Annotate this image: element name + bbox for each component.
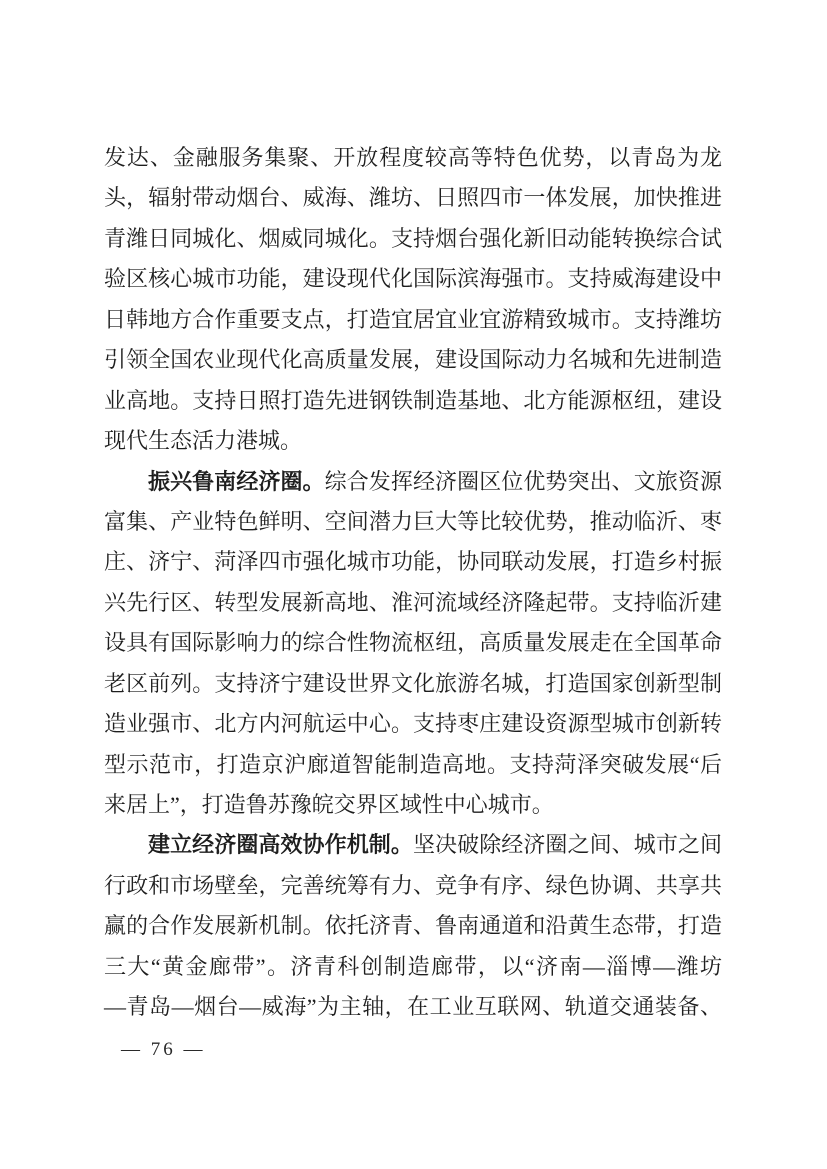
line-text: 日韩地方合作重要支点，打造宜居宜业宜游精致城市。支持潍坊 bbox=[104, 307, 722, 332]
line-text: 业高地。支持日照打造先进钢铁制造基地、北方能源枢纽，建设 bbox=[104, 388, 722, 413]
text-line: 振兴鲁南经济圈。综合发挥经济圈区位优势突出、文旅资源 bbox=[104, 462, 722, 502]
line-text: 设具有国际影响力的综合性物流枢纽，高质量发展走在全国革命 bbox=[104, 630, 722, 655]
text-line: 建立经济圈高效协作机制。坚决破除经济圈之间、城市之间 bbox=[104, 825, 722, 865]
paragraph-1: 发达、金融服务集聚、开放程度较高等特色优势，以青岛为龙 头，辐射带动烟台、威海、… bbox=[104, 138, 722, 462]
text-line: 型示范市，打造京沪廊道智能制造高地。支持菏泽突破发展“后 bbox=[104, 745, 722, 785]
paragraph-lead-bold: 振兴鲁南经济圈。 bbox=[148, 469, 325, 494]
line-text: 三大“黄金廊带”。济青科创制造廊带，以“济南—淄博—潍坊 bbox=[104, 954, 722, 979]
paragraph-lead-bold: 建立经济圈高效协作机制。 bbox=[148, 832, 413, 857]
line-text: 庄、济宁、菏泽四市强化城市功能，协同联动发展，打造乡村振 bbox=[104, 549, 722, 574]
line-text: 发达、金融服务集聚、开放程度较高等特色优势，以青岛为龙 bbox=[104, 145, 722, 170]
text-line: 青潍日同城化、烟威同城化。支持烟台强化新旧动能转换综合试 bbox=[104, 219, 722, 259]
line-text: 来居上”，打造鲁苏豫皖交界区域性中心城市。 bbox=[104, 792, 554, 817]
page-number: — 76 — bbox=[121, 1038, 206, 1062]
document-page: 发达、金融服务集聚、开放程度较高等特色优势，以青岛为龙 头，辐射带动烟台、威海、… bbox=[0, 0, 827, 1169]
text-line: 三大“黄金廊带”。济青科创制造廊带，以“济南—淄博—潍坊 bbox=[104, 947, 722, 987]
text-line: 头，辐射带动烟台、威海、潍坊、日照四市一体发展，加快推进 bbox=[104, 178, 722, 218]
text-line: 设具有国际影响力的综合性物流枢纽，高质量发展走在全国革命 bbox=[104, 623, 722, 663]
text-line: 庄、济宁、菏泽四市强化城市功能，协同联动发展，打造乡村振 bbox=[104, 542, 722, 582]
text-line: 赢的合作发展新机制。依托济青、鲁南通道和沿黄生态带，打造 bbox=[104, 906, 722, 946]
text-line: 富集、产业特色鲜明、空间潜力巨大等比较优势，推动临沂、枣 bbox=[104, 502, 722, 542]
line-text: 头，辐射带动烟台、威海、潍坊、日照四市一体发展，加快推进 bbox=[104, 185, 722, 210]
text-line: 发达、金融服务集聚、开放程度较高等特色优势，以青岛为龙 bbox=[104, 138, 722, 178]
line-text: 兴先行区、转型发展新高地、淮河流域经济隆起带。支持临沂建 bbox=[104, 590, 722, 615]
paragraph-3: 建立经济圈高效协作机制。坚决破除经济圈之间、城市之间 行政和市场壁垒，完善统筹有… bbox=[104, 825, 722, 1027]
line-text: 造业强市、北方内河航运中心。支持枣庄建设资源型城市创新转 bbox=[104, 711, 722, 736]
line-text: 型示范市，打造京沪廊道智能制造高地。支持菏泽突破发展“后 bbox=[104, 752, 722, 777]
line-text: 老区前列。支持济宁建设世界文化旅游名城，打造国家创新型制 bbox=[104, 671, 722, 696]
line-text: 青潍日同城化、烟威同城化。支持烟台强化新旧动能转换综合试 bbox=[104, 226, 722, 251]
text-line: 引领全国农业现代化高质量发展，建设国际动力名城和先进制造 bbox=[104, 340, 722, 380]
paragraph-2: 振兴鲁南经济圈。综合发挥经济圈区位优势突出、文旅资源 富集、产业特色鲜明、空间潜… bbox=[104, 462, 722, 826]
text-line: 行政和市场壁垒，完善统筹有力、竞争有序、绿色协调、共享共 bbox=[104, 866, 722, 906]
text-line: 验区核心城市功能，建设现代化国际滨海强市。支持威海建设中 bbox=[104, 259, 722, 299]
text-line: 兴先行区、转型发展新高地、淮河流域经济隆起带。支持临沂建 bbox=[104, 583, 722, 623]
line-text: 引领全国农业现代化高质量发展，建设国际动力名城和先进制造 bbox=[104, 347, 722, 372]
text-line: 现代生态活力港城。 bbox=[104, 421, 722, 461]
line-text: 赢的合作发展新机制。依托济青、鲁南通道和沿黄生态带，打造 bbox=[104, 913, 722, 938]
line-text: 富集、产业特色鲜明、空间潜力巨大等比较优势，推动临沂、枣 bbox=[104, 509, 722, 534]
line-text: 坚决破除经济圈之间、城市之间 bbox=[413, 832, 722, 857]
line-text: 综合发挥经济圈区位优势突出、文旅资源 bbox=[325, 469, 722, 494]
text-line: —青岛—烟台—威海”为主轴，在工业互联网、轨道交通装备、 bbox=[104, 987, 722, 1027]
line-text: 验区核心城市功能，建设现代化国际滨海强市。支持威海建设中 bbox=[104, 266, 722, 291]
line-text: 行政和市场壁垒，完善统筹有力、竞争有序、绿色协调、共享共 bbox=[104, 873, 722, 898]
document-body-text: 发达、金融服务集聚、开放程度较高等特色优势，以青岛为龙 头，辐射带动烟台、威海、… bbox=[104, 138, 722, 1028]
text-line: 来居上”，打造鲁苏豫皖交界区域性中心城市。 bbox=[104, 785, 722, 825]
line-text: 现代生态活力港城。 bbox=[104, 428, 302, 453]
text-line: 日韩地方合作重要支点，打造宜居宜业宜游精致城市。支持潍坊 bbox=[104, 300, 722, 340]
text-line: 造业强市、北方内河航运中心。支持枣庄建设资源型城市创新转 bbox=[104, 704, 722, 744]
text-line: 业高地。支持日照打造先进钢铁制造基地、北方能源枢纽，建设 bbox=[104, 381, 722, 421]
line-text: —青岛—烟台—威海”为主轴，在工业互联网、轨道交通装备、 bbox=[104, 994, 722, 1019]
text-line: 老区前列。支持济宁建设世界文化旅游名城，打造国家创新型制 bbox=[104, 664, 722, 704]
